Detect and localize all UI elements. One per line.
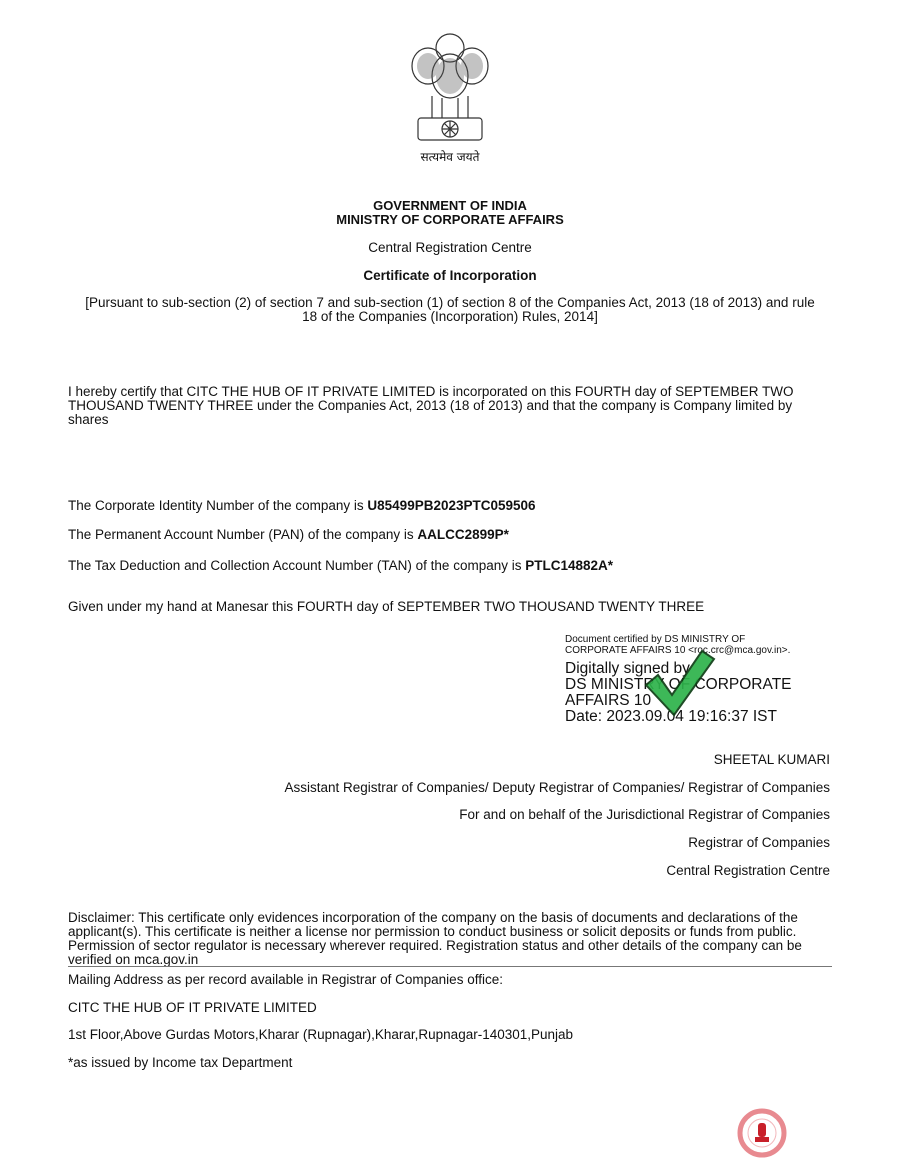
given-under-hand: Given under my hand at Manesar this FOUR… (68, 599, 704, 614)
mailing-label: Mailing Address as per record available … (68, 972, 503, 987)
tan-value: PTLC14882A* (525, 558, 613, 573)
disclaimer-line-2: applicant(s). This certificate is neithe… (68, 924, 796, 939)
certified-line-1: Document certified by DS MINISTRY OF (565, 634, 835, 645)
mailing-company: CITC THE HUB OF IT PRIVATE LIMITED (68, 1000, 317, 1015)
government-heading: GOVERNMENT OF INDIA (0, 199, 900, 213)
disclaimer-line-1: Disclaimer: This certificate only eviden… (68, 910, 798, 925)
divider (68, 966, 832, 967)
cin-value: U85499PB2023PTC059506 (367, 498, 535, 513)
registrar-designation: Assistant Registrar of Companies/ Deputy… (285, 780, 830, 795)
state-emblem-of-india-icon (398, 26, 502, 146)
pursuant-line-1: [Pursuant to sub-section (2) of section … (0, 295, 900, 310)
cin-statement: The Corporate Identity Number of the com… (68, 498, 536, 513)
registrar-centre: Central Registration Centre (666, 863, 830, 878)
ministry-heading: MINISTRY OF CORPORATE AFFAIRS (0, 213, 900, 227)
national-motto: सत्यमेव जयते (0, 148, 900, 165)
centre-heading: Central Registration Centre (0, 240, 900, 255)
ministry-of-corporate-affairs-seal-icon (732, 1108, 792, 1158)
pan-tan-footnote: *as issued by Income tax Department (68, 1055, 292, 1070)
disclaimer-line-4: verified on mca.gov.in (68, 952, 198, 967)
certify-line-1: I hereby certify that CITC THE HUB OF IT… (68, 384, 793, 399)
tan-label: The Tax Deduction and Collection Account… (68, 558, 525, 573)
mailing-address: 1st Floor,Above Gurdas Motors,Kharar (Ru… (68, 1027, 573, 1042)
disclaimer-line-3: Permission of sector regulator is necess… (68, 938, 802, 953)
certificate-title: Certificate of Incorporation (0, 268, 900, 283)
registrar-office: Registrar of Companies (688, 835, 830, 850)
pan-statement: The Permanent Account Number (PAN) of th… (68, 527, 509, 542)
pan-label: The Permanent Account Number (PAN) of th… (68, 527, 417, 542)
registrar-behalf: For and on behalf of the Jurisdictional … (459, 807, 830, 822)
certify-line-2: THOUSAND TWENTY THREE under the Companie… (68, 398, 792, 413)
pursuant-line-2: 18 of the Companies (Incorporation) Rule… (0, 309, 900, 324)
pan-value: AALCC2899P* (417, 527, 509, 542)
registrar-name: SHEETAL KUMARI (714, 752, 830, 767)
cin-label: The Corporate Identity Number of the com… (68, 498, 367, 513)
certify-line-3: shares (68, 412, 109, 427)
green-checkmark-icon (640, 645, 716, 721)
tan-statement: The Tax Deduction and Collection Account… (68, 558, 613, 573)
